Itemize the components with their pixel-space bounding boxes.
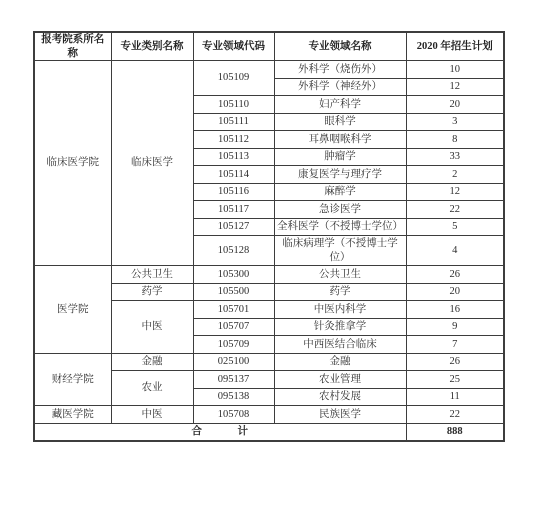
field-name-cell: 眼科学 bbox=[274, 113, 406, 131]
plan-count-cell: 25 bbox=[406, 371, 504, 389]
field-name-cell: 麻醉学 bbox=[274, 183, 406, 201]
plan-count-cell: 22 bbox=[406, 406, 504, 424]
total-row: 合 计888 bbox=[34, 423, 504, 441]
category-cell: 中医 bbox=[111, 406, 193, 424]
field-code-cell: 105112 bbox=[193, 131, 274, 149]
plan-count-cell: 8 bbox=[406, 131, 504, 149]
field-code-cell: 025100 bbox=[193, 353, 274, 371]
field-code-cell: 105109 bbox=[193, 61, 274, 96]
table-row: 藏医学院中医105708民族医学22 bbox=[34, 406, 504, 424]
plan-count-cell: 22 bbox=[406, 201, 504, 219]
plan-count-cell: 7 bbox=[406, 336, 504, 354]
field-code-cell: 105701 bbox=[193, 301, 274, 319]
field-name-cell: 急诊医学 bbox=[274, 201, 406, 219]
field-code-cell: 095137 bbox=[193, 371, 274, 389]
plan-count-cell: 2 bbox=[406, 166, 504, 184]
field-name-cell: 耳鼻咽喉科学 bbox=[274, 131, 406, 149]
field-name-cell: 全科医学（不授博士学位） bbox=[274, 218, 406, 236]
field-name-cell: 中医内科学 bbox=[274, 301, 406, 319]
column-header-plan-2020: 2020 年招生计划 bbox=[406, 32, 504, 61]
field-code-cell: 105111 bbox=[193, 113, 274, 131]
column-header-field-name: 专业领域名称 bbox=[274, 32, 406, 61]
category-cell: 金融 bbox=[111, 353, 193, 371]
plan-count-cell: 3 bbox=[406, 113, 504, 131]
total-value-cell: 888 bbox=[406, 423, 504, 441]
plan-count-cell: 12 bbox=[406, 183, 504, 201]
field-code-cell: 105708 bbox=[193, 406, 274, 424]
field-name-cell: 外科学（神经外） bbox=[274, 78, 406, 96]
category-cell: 中医 bbox=[111, 301, 193, 354]
field-name-cell: 中西医结合临床 bbox=[274, 336, 406, 354]
plan-count-cell: 10 bbox=[406, 61, 504, 79]
plan-count-cell: 5 bbox=[406, 218, 504, 236]
field-name-cell: 针灸推拿学 bbox=[274, 318, 406, 336]
field-name-cell: 农业管理 bbox=[274, 371, 406, 389]
plan-count-cell: 20 bbox=[406, 283, 504, 301]
admission-plan-table: 报考院系所名称 专业类别名称 专业领域代码 专业领域名称 2020 年招生计划 … bbox=[33, 31, 505, 442]
field-name-cell: 公共卫生 bbox=[274, 266, 406, 284]
table-row: 临床医学院临床医学105109外科学（烧伤外）10 bbox=[34, 61, 504, 79]
department-cell: 医学院 bbox=[34, 266, 111, 354]
field-name-cell: 临床病理学（不授博士学位） bbox=[274, 236, 406, 266]
field-code-cell: 105114 bbox=[193, 166, 274, 184]
category-cell: 药学 bbox=[111, 283, 193, 301]
field-code-cell: 105117 bbox=[193, 201, 274, 219]
field-code-cell: 105709 bbox=[193, 336, 274, 354]
plan-count-cell: 26 bbox=[406, 266, 504, 284]
field-name-cell: 药学 bbox=[274, 283, 406, 301]
department-cell: 临床医学院 bbox=[34, 61, 111, 266]
field-name-cell: 农村发展 bbox=[274, 388, 406, 406]
category-cell: 农业 bbox=[111, 371, 193, 406]
department-cell: 财经学院 bbox=[34, 353, 111, 406]
total-label-cell: 合 计 bbox=[34, 423, 406, 441]
column-header-category: 专业类别名称 bbox=[111, 32, 193, 61]
category-cell: 临床医学 bbox=[111, 61, 193, 266]
column-header-department: 报考院系所名称 bbox=[34, 32, 111, 61]
column-header-field-code: 专业领域代码 bbox=[193, 32, 274, 61]
field-code-cell: 105128 bbox=[193, 236, 274, 266]
plan-count-cell: 9 bbox=[406, 318, 504, 336]
field-code-cell: 105110 bbox=[193, 96, 274, 114]
field-name-cell: 外科学（烧伤外） bbox=[274, 61, 406, 79]
category-cell: 公共卫生 bbox=[111, 266, 193, 284]
field-name-cell: 康复医学与理疗学 bbox=[274, 166, 406, 184]
table-body: 临床医学院临床医学105109外科学（烧伤外）10外科学（神经外）1210511… bbox=[34, 61, 504, 442]
field-name-cell: 金融 bbox=[274, 353, 406, 371]
table-row: 医学院公共卫生105300公共卫生26 bbox=[34, 266, 504, 284]
field-code-cell: 105116 bbox=[193, 183, 274, 201]
plan-count-cell: 20 bbox=[406, 96, 504, 114]
field-code-cell: 105113 bbox=[193, 148, 274, 166]
plan-count-cell: 12 bbox=[406, 78, 504, 96]
field-code-cell: 105127 bbox=[193, 218, 274, 236]
plan-count-cell: 4 bbox=[406, 236, 504, 266]
page: 报考院系所名称 专业类别名称 专业领域代码 专业领域名称 2020 年招生计划 … bbox=[0, 0, 554, 505]
field-code-cell: 095138 bbox=[193, 388, 274, 406]
field-name-cell: 肿瘤学 bbox=[274, 148, 406, 166]
plan-count-cell: 26 bbox=[406, 353, 504, 371]
field-name-cell: 民族医学 bbox=[274, 406, 406, 424]
plan-count-cell: 16 bbox=[406, 301, 504, 319]
plan-count-cell: 11 bbox=[406, 388, 504, 406]
field-code-cell: 105707 bbox=[193, 318, 274, 336]
plan-count-cell: 33 bbox=[406, 148, 504, 166]
department-cell: 藏医学院 bbox=[34, 406, 111, 424]
field-name-cell: 妇产科学 bbox=[274, 96, 406, 114]
field-code-cell: 105500 bbox=[193, 283, 274, 301]
header-row: 报考院系所名称 专业类别名称 专业领域代码 专业领域名称 2020 年招生计划 bbox=[34, 32, 504, 61]
field-code-cell: 105300 bbox=[193, 266, 274, 284]
table-row: 财经学院金融025100金融26 bbox=[34, 353, 504, 371]
